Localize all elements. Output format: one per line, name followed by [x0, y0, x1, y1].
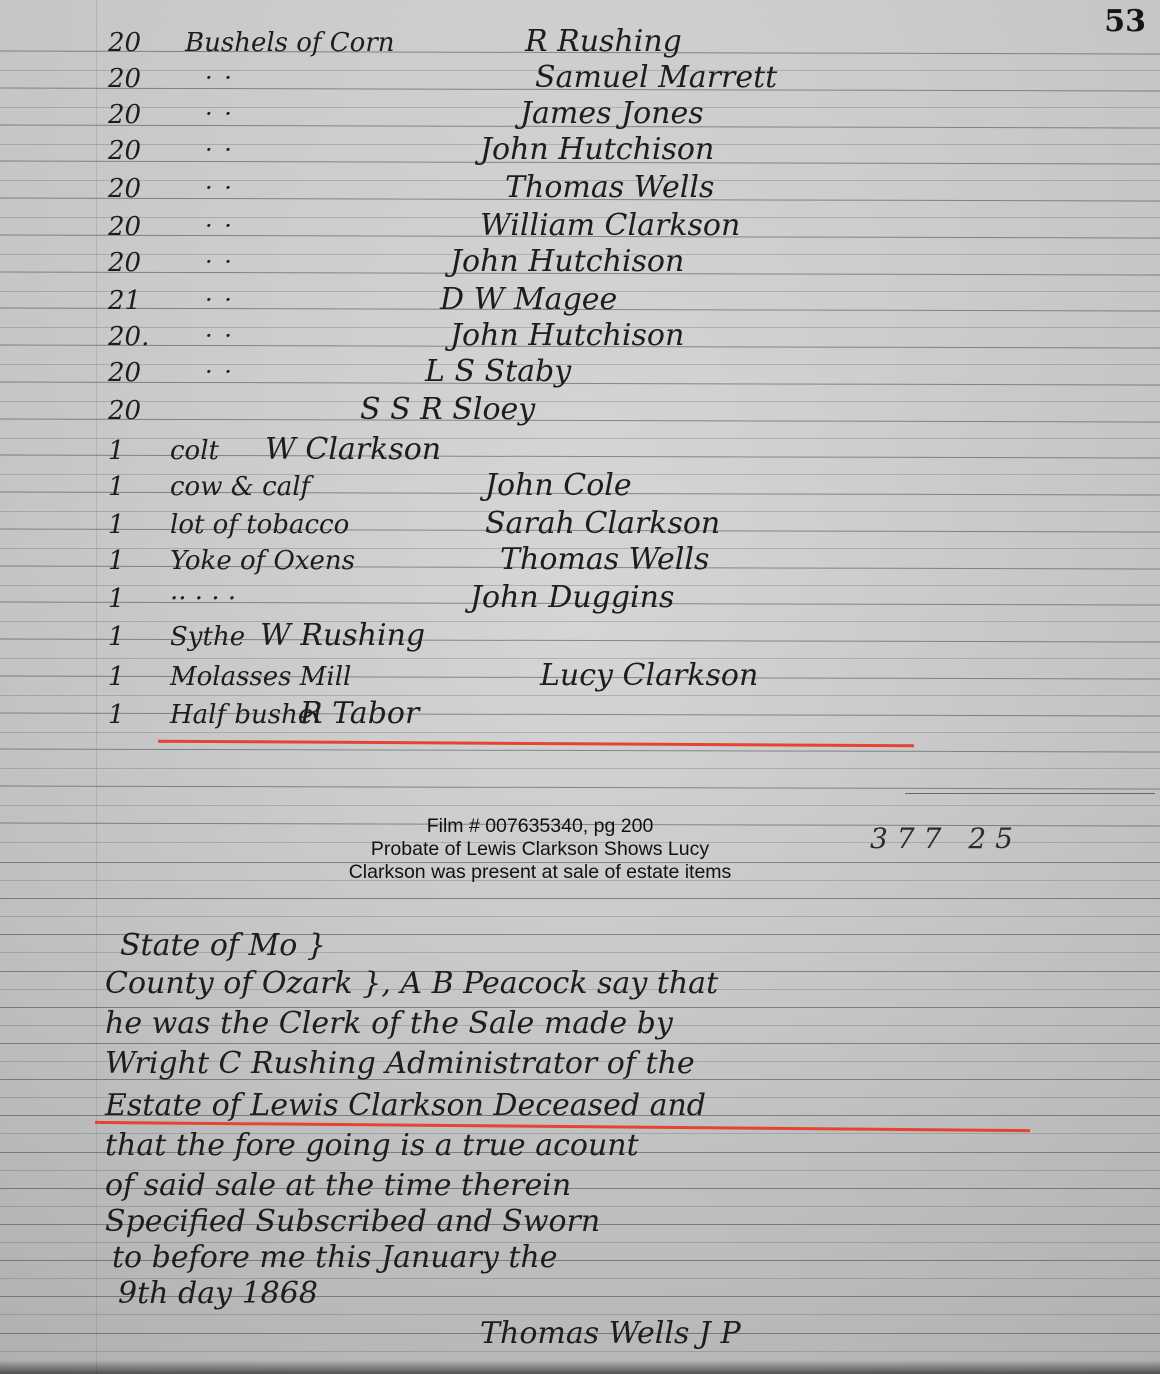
ruled-line-faint: [0, 768, 1160, 769]
total-rule: [905, 793, 1155, 794]
buyer-name: Samuel Marrett: [535, 60, 777, 95]
item-quantity: 20: [108, 358, 141, 388]
item-description: · ·: [205, 286, 234, 314]
buyer-name: Thomas Wells: [500, 542, 709, 577]
buyer-name: R Tabor: [300, 696, 419, 731]
buyer-name: W Rushing: [260, 618, 425, 653]
sale-total: 377 25: [870, 822, 1040, 855]
item-quantity: 1: [108, 662, 125, 692]
item-description: · ·: [205, 358, 234, 386]
buyer-name: R Rushing: [525, 24, 682, 59]
highlight-underline: [158, 740, 914, 748]
item-quantity: 20: [108, 136, 141, 166]
ruled-line: [0, 749, 1160, 753]
caption-annotation: Film # 007635340, pg 200 Probate of Lewi…: [290, 815, 790, 884]
affidavit-line: he was the Clerk of the Sale made by: [105, 1006, 673, 1041]
item-quantity: 20.: [108, 322, 149, 352]
item-description: Sythe: [170, 622, 245, 652]
buyer-name: S S R Sloey: [360, 392, 535, 427]
signature: Thomas Wells J P: [480, 1316, 741, 1351]
item-quantity: 20: [108, 212, 141, 242]
affidavit-line: to before me this January the: [112, 1240, 557, 1275]
buyer-name: Thomas Wells: [505, 170, 714, 205]
item-description: lot of tobacco: [170, 510, 349, 540]
item-quantity: 20: [108, 248, 141, 278]
buyer-name: D W Magee: [440, 282, 617, 317]
document-page: 53 20Bushels of CornR Rushing9.0020· ·Sa…: [0, 0, 1160, 1374]
item-quantity: 1: [108, 700, 125, 730]
item-description: · ·: [205, 248, 234, 276]
ruled-line-faint: [0, 916, 1160, 917]
ruled-line: [0, 418, 1160, 422]
ruled-line-faint: [0, 732, 1160, 733]
item-quantity: 1: [108, 546, 125, 576]
ruled-line-faint: [0, 695, 1160, 696]
item-description: colt: [170, 436, 219, 466]
item-description: Yoke of Oxens: [170, 546, 355, 576]
caption-line-2: Probate of Lewis Clarkson Shows Lucy: [290, 838, 790, 861]
item-quantity: 20: [108, 174, 141, 204]
buyer-name: Sarah Clarkson: [485, 506, 720, 541]
item-description: · ·: [205, 136, 234, 164]
affidavit-line: Wright C Rushing Administrator of the: [105, 1046, 695, 1081]
page-number: 53: [1104, 4, 1146, 39]
buyer-name: W Clarkson: [265, 432, 441, 467]
buyer-name: John Cole: [485, 468, 632, 503]
item-quantity: 20: [108, 64, 141, 94]
buyer-name: John Hutchison: [480, 132, 714, 167]
caption-line-1: Film # 007635340, pg 200: [290, 815, 790, 838]
affidavit-line: that the fore going is a true acount: [105, 1128, 639, 1163]
item-quantity: 20: [108, 28, 141, 58]
caption-line-3: Clarkson was present at sale of estate i…: [290, 861, 790, 884]
item-description: · ·: [205, 100, 234, 128]
ruled-line: [0, 381, 1160, 385]
item-quantity: 20: [108, 100, 141, 130]
item-quantity: 21: [108, 286, 141, 316]
buyer-name: John Hutchison: [450, 244, 684, 279]
ruled-line-faint: [0, 401, 1160, 402]
item-quantity: 1: [108, 622, 125, 652]
ruled-line-faint: [0, 805, 1160, 806]
item-description: Bushels of Corn: [185, 28, 395, 58]
item-quantity: 20: [108, 396, 141, 426]
item-description: · ·: [205, 322, 234, 350]
item-description: · ·: [205, 174, 234, 202]
item-description: Molasses Mill: [170, 662, 351, 692]
margin-line: [96, 0, 97, 1374]
item-quantity: 1: [108, 436, 125, 466]
buyer-name: James Jones: [520, 96, 704, 131]
affidavit-line: of said sale at the time therein: [105, 1168, 571, 1203]
item-description: · ·: [205, 212, 234, 240]
ruled-line: [0, 1043, 1160, 1044]
item-description: · ·: [205, 64, 234, 92]
buyer-name: John Duggins: [470, 580, 674, 615]
item-description: Half bushel: [170, 700, 322, 730]
item-quantity: 1: [108, 510, 125, 540]
ruled-line: [0, 898, 1160, 899]
item-description: cow & calf: [170, 472, 310, 502]
ruled-line: [0, 785, 1160, 789]
ruled-line-faint: [0, 364, 1160, 365]
item-description: ·· · · ·: [170, 584, 236, 614]
affidavit-line: State of Mo }: [120, 928, 326, 963]
affidavit-line: 9th day 1868: [118, 1276, 318, 1311]
affidavit-line: County of Ozark }, A B Peacock say that: [105, 966, 718, 1001]
buyer-name: Lucy Clarkson: [540, 658, 758, 693]
item-quantity: 1: [108, 472, 125, 502]
buyer-name: William Clarkson: [480, 208, 740, 243]
buyer-name: L S Staby: [425, 354, 571, 389]
affidavit-line: Estate of Lewis Clarkson Deceased and: [105, 1088, 706, 1123]
scan-edge-shadow: [0, 1360, 1160, 1374]
affidavit-line: Specified Subscribed and Sworn: [105, 1204, 600, 1239]
item-quantity: 1: [108, 584, 125, 614]
buyer-name: John Hutchison: [450, 318, 684, 353]
